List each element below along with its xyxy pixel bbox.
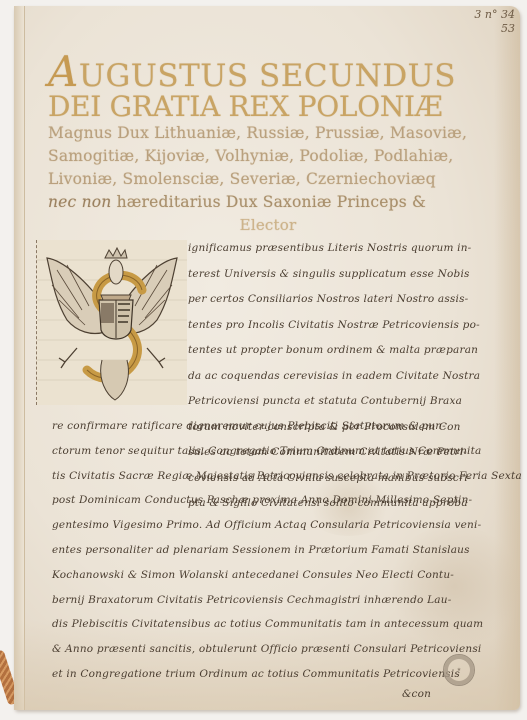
title-line-1: AUGUSTUS SECUNDUS [48,56,448,92]
text-line: &con [52,687,472,701]
text-line: entes personaliter ad plenariam Sessione… [52,538,472,563]
text-line: tentes ut propter bonum ordinem & malta … [188,338,488,364]
text-line: gentesimo Vigesimo Primo. Ad Officium Ac… [52,513,472,538]
title-line-2: DEI GRATIA REX POLONIÆ [48,92,448,122]
text-line: re confirmare ratificare dignaremur cuju… [52,414,472,439]
title-line-4: Samogitiæ, Kijoviæ, Volhyniæ, Podoliæ, P… [48,145,448,168]
illuminated-initial: A [48,47,79,96]
text-line: bernij Braxatorum Civitatis Petricoviens… [52,588,472,613]
text-line: da ac coquendas cerevisias in eadem Civi… [188,364,488,390]
page-fold-edge [14,6,25,710]
shelfmark-line-2: 53 [474,22,515,36]
title-line-1-text: UGUSTUS SECUNDUS [79,58,456,94]
text-line: dis Plebiscitis Civitatensibus ac totius… [52,612,472,637]
title-line-6-text: hæreditarius Dux Saxoniæ Princeps & [117,193,426,211]
title-line-5: Livoniæ, Smolensciæ, Severiæ, Czerniecho… [48,168,448,191]
text-line: tis Civitatis Sacræ Regiæ Majestatis Pet… [52,464,472,489]
shelfmark-line-1: 3 n° 34 [474,8,515,22]
crowned-eagle-icon [37,240,187,405]
text-line: post Dominicam Conductus Paschæ proxima … [52,488,472,513]
title-line-3: Magnus Dux Lithuaniæ, Russiæ, Prussiæ, M… [48,122,448,145]
text-line: per certos Consiliarios Nostros lateri N… [188,287,488,313]
title-line-6: nec non hæreditarius Dux Saxoniæ Princep… [48,191,448,214]
shelfmark: 3 n° 34 53 [474,8,515,36]
text-line: Petricoviensi puncta et statuta Contuber… [188,389,488,415]
text-line: et in Congregatione trium Ordinum ac tot… [52,662,472,687]
title-line-7: Elector [48,214,448,237]
eagle-coat-of-arms-illustration [36,240,187,405]
library-stamp: ★ [443,654,475,686]
text-line: Kochanowski & Simon Wolanski antecedanei… [52,563,472,588]
text-line: ctorum tenor sequitur talis. Congregatio… [52,439,472,464]
royal-title-header: AUGUSTUS SECUNDUS DEI GRATIA REX POLONIÆ… [48,56,448,237]
text-line: ignificamus præsentibus Literis Nostris … [188,236,488,262]
text-line: tentes pro Incolis Civitatis Nostræ Petr… [188,313,488,339]
title-line-6-italic: nec non [48,193,111,211]
text-line: terest Universis & singulis supplicatum … [188,262,488,288]
stamp-star-icon: ★ [457,667,461,673]
text-line: & Anno præsenti sancitis, obtulerunt Off… [52,637,472,662]
body-text-full-width: re confirmare ratificare dignaremur cuju… [52,414,472,701]
